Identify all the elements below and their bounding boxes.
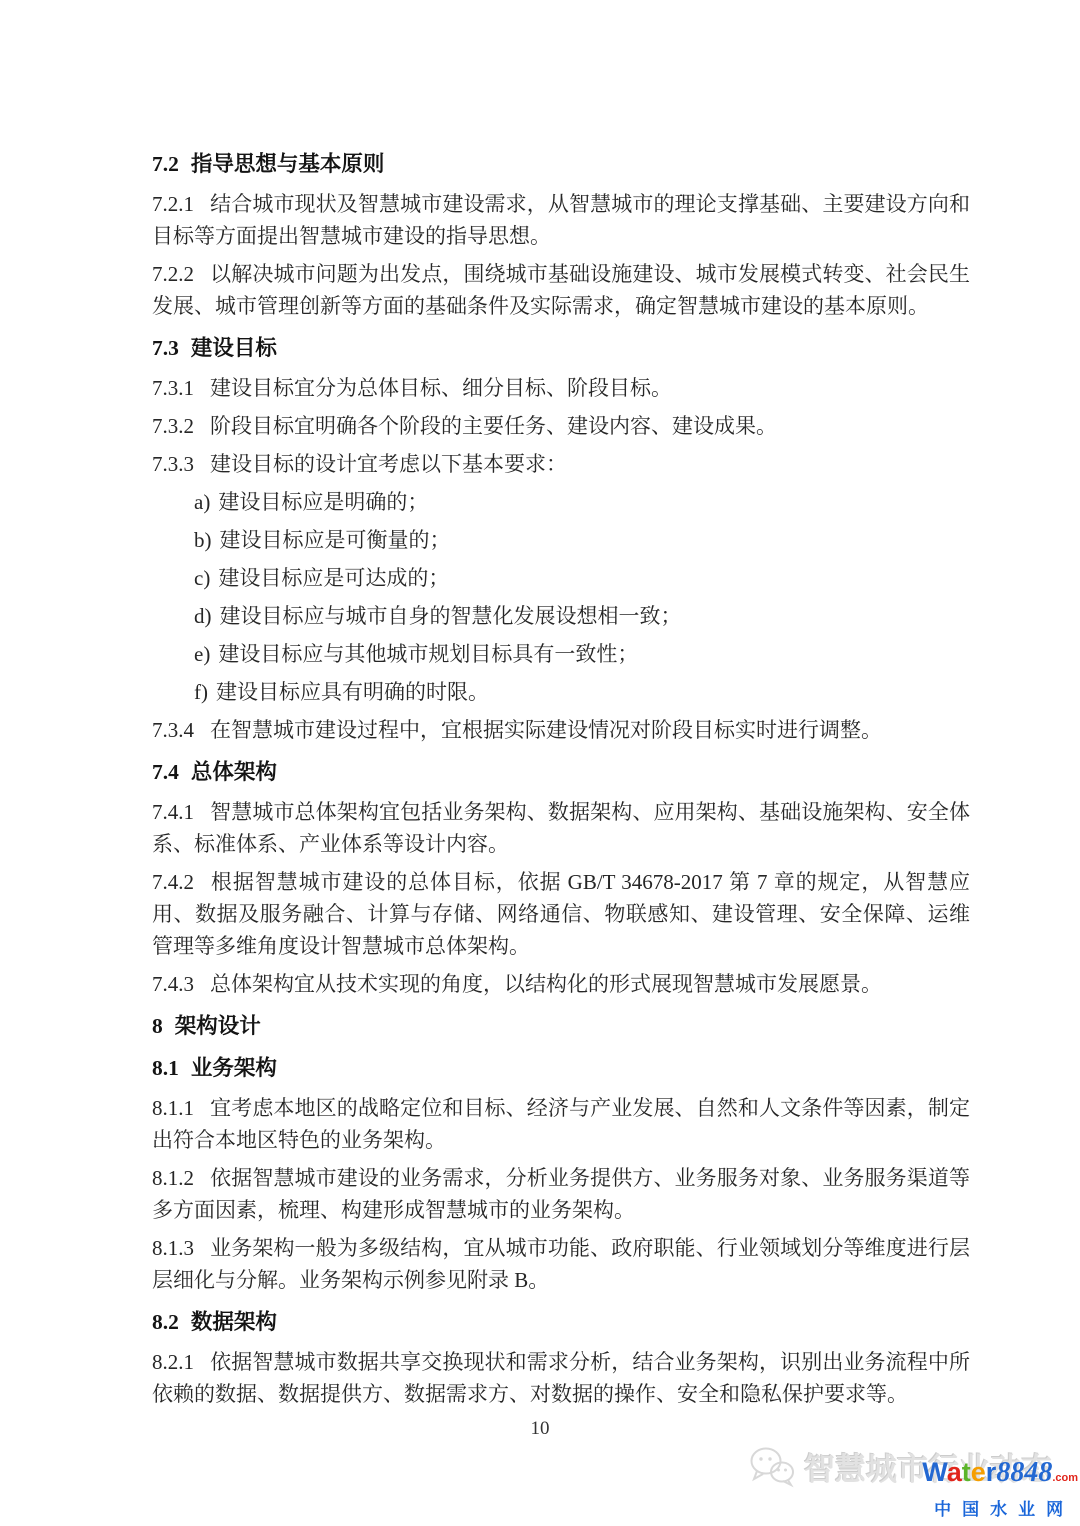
paragraph: 7.3.2阶段目标宜明确各个阶段的主要任务、建设内容、建设成果。 [152,410,970,442]
logo-letter: W [922,1457,946,1487]
section-number: 7.3 [152,336,179,360]
section-heading: 8.1业务架构 [152,1052,970,1084]
paragraph: 7.3.1建设目标宜分为总体目标、细分目标、阶段目标。 [152,372,970,404]
section-number: f) [194,680,208,704]
water8848-logo: Water8848.com 中国水业网 [922,1458,1078,1520]
section-number: 8.1 [152,1056,179,1080]
paragraph: 7.4.3总体架构宜从技术实现的角度，以结构化的形式展现智慧城市发展愿景。 [152,968,970,1000]
page-number: 10 [0,1418,1080,1440]
section-heading: 7.4总体架构 [152,756,970,788]
paragraph: 8.2.1依据智慧城市数据共享交换现状和需求分析，结合业务架构，识别出业务流程中… [152,1346,970,1410]
section-number: 7.4.2 [152,870,194,894]
paragraph: 7.2.1结合城市现状及智慧城市建设需求，从智慧城市的理论支撑基础、主要建设方向… [152,188,970,252]
section-number: 7.4.1 [152,800,194,824]
paragraph: 7.4.1智慧城市总体架构宜包括业务架构、数据架构、应用架构、基础设施架构、安全… [152,796,970,860]
list-item: f)建设目标应具有明确的时限。 [194,676,970,708]
paragraph: 8.1.2依据智慧城市建设的业务需求，分析业务提供方、业务服务对象、业务服务渠道… [152,1162,970,1226]
paragraph: 8.1.1宜考虑本地区的战略定位和目标、经济与产业发展、自然和人文条件等因素，制… [152,1092,970,1156]
paragraph: 7.2.2以解决城市问题为出发点，围绕城市基础设施建设、城市发展模式转变、社会民… [152,258,970,322]
section-number: 8.2.1 [152,1350,194,1374]
section-heading: 7.3建设目标 [152,332,970,364]
list-item: d)建设目标应与城市自身的智慧化发展设想相一致； [194,600,970,632]
section-number: 8.1.2 [152,1166,194,1190]
section-heading: 8.2数据架构 [152,1306,970,1338]
logo-tld: .com [1052,1472,1078,1484]
list-item: a)建设目标应是明确的； [194,486,970,518]
logo-subtitle: 中国水业网 [922,1495,1078,1520]
section-number: 8.2 [152,1310,179,1334]
logo-letter: t [962,1457,971,1487]
logo-number: 8848 [996,1457,1052,1488]
document-body: 7.2指导思想与基本原则7.2.1结合城市现状及智慧城市建设需求，从智慧城市的理… [152,138,970,1416]
section-number: d) [194,604,212,628]
section-heading: 7.2指导思想与基本原则 [152,148,970,180]
section-number: 7.2 [152,152,179,176]
section-number: 7.2.2 [152,262,194,286]
section-number: 7.3.4 [152,718,194,742]
paragraph: 8.1.3业务架构一般为多级结构，宜从城市功能、政府职能、行业领域划分等维度进行… [152,1232,970,1296]
section-number: b) [194,528,212,552]
section-number: 7.3.1 [152,376,194,400]
logo-letter: r [986,1457,997,1487]
section-number: c) [194,566,210,590]
logo-wordmark: Water8848.com [922,1458,1078,1492]
section-number: 8.1.1 [152,1096,194,1120]
list-item: c)建设目标应是可达成的； [194,562,970,594]
list-item: b)建设目标应是可衡量的； [194,524,970,556]
section-number: 7.3.2 [152,414,194,438]
section-heading: 8架构设计 [152,1010,970,1042]
logo-letter: a [947,1457,962,1487]
section-number: 8 [152,1014,163,1038]
logo-word: Water [922,1457,996,1487]
section-number: e) [194,642,210,666]
paragraph: 7.4.2根据智慧城市建设的总体目标，依据 GB/T 34678-2017 第 … [152,866,970,962]
logo-letter: e [971,1457,986,1487]
list-item: e)建设目标应与其他城市规划目标具有一致性； [194,638,970,670]
section-number: 7.4 [152,760,179,784]
section-number: a) [194,490,210,514]
paragraph: 7.3.4在智慧城市建设过程中，宜根据实际建设情况对阶段目标实时进行调整。 [152,714,970,746]
section-number: 7.2.1 [152,192,194,216]
section-number: 8.1.3 [152,1236,194,1260]
section-number: 7.4.3 [152,972,194,996]
wechat-icon [748,1446,796,1488]
paragraph: 7.3.3建设目标的设计宜考虑以下基本要求： [152,448,970,480]
section-number: 7.3.3 [152,452,194,476]
